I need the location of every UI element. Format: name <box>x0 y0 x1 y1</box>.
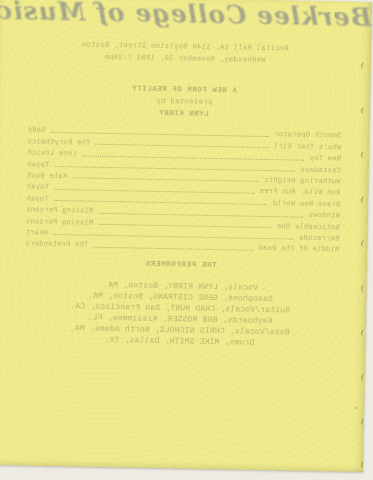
scanned-document-background: Berklee College of Music Recital Hall 1A… <box>0 0 373 480</box>
berklee-logo-text: Berklee College of Music <box>0 0 372 32</box>
song-title: Brave New World <box>273 200 341 209</box>
song-artist: Sade <box>27 127 45 135</box>
song-artist: Kate Bush <box>27 172 68 181</box>
song-title: Run Wild, Run Free <box>259 188 340 198</box>
performers-heading: THE PERFORMERS <box>0 258 367 273</box>
song-artist: Heart <box>25 229 48 237</box>
song-artist: Lene Lovich <box>27 150 77 159</box>
presenter-name: LYNN KIRBY <box>0 107 370 122</box>
song-artist: Toyah <box>26 184 49 192</box>
song-artist: The Pretenders <box>25 241 88 250</box>
song-title: Wuthering Heights <box>264 177 341 186</box>
program-page: Berklee College of Music Recital Hall 1A… <box>0 0 372 472</box>
song-list: Smooth OperatorSade Who's That GirlThe E… <box>25 123 341 254</box>
song-title: Middle Of the Road <box>258 245 339 255</box>
song-title: Barracuda <box>299 235 340 244</box>
song-title: Smooth Operator <box>274 132 342 141</box>
song-title: Who's That Girl <box>274 143 342 152</box>
song-artist: Toyah <box>26 195 49 203</box>
dotted-leader <box>93 246 253 250</box>
song-title: Noticeable One <box>277 223 340 232</box>
song-artist: Toyah <box>27 161 50 169</box>
ink-speck <box>354 407 357 409</box>
bleed-through-content: Berklee College of Music Recital Hall 1A… <box>0 0 372 472</box>
date-time-line: Wednesday, November 30, 1983 7:30pm <box>0 52 371 67</box>
song-title: New Toy <box>309 155 341 164</box>
song-title: Castaways <box>300 166 341 175</box>
song-artist: Missing Persons <box>26 207 94 216</box>
song-artist: The Eurythmics <box>27 138 90 147</box>
song-title: Windows <box>308 212 340 221</box>
song-artist: Missing Persons <box>26 218 94 227</box>
